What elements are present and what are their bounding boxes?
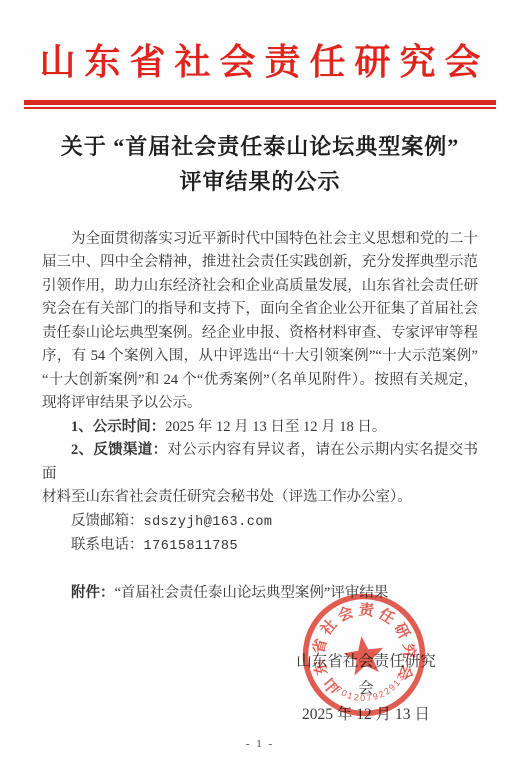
attachment-label: 附件：: [71, 585, 115, 601]
notice-period-label: 1、公示时间：: [71, 419, 165, 435]
feedback-channel-line1: 2、反馈渠道：对公示内容有异议者，请在公示期内实名提交书面: [42, 439, 478, 486]
feedback-channel-line2: 材料至山东省社会责任研究会秘书处（评选工作办公室）。: [42, 486, 478, 510]
contact-phone-line: 联系电话：17615811785: [42, 534, 478, 559]
notice-period-text: 2025 年 12 月 13 日至 12 月 18 日。: [165, 419, 386, 435]
feedback-email-value: sdszyjh@163.com: [144, 515, 273, 530]
paragraph-line: 责任泰山论坛典型案例。经企业申报、资格材料审查、专家评审等程: [42, 322, 478, 346]
paragraph-line: 序，有 54 个案例入围，从中评选出“十大引领案例”“十大示范案例”: [42, 345, 478, 369]
feedback-email-line: 反馈邮箱：sdszyjh@163.com: [42, 510, 478, 535]
paragraph-line: 为全面贯彻落实习近平新时代中国特色社会主义思想和党的二十: [42, 228, 478, 252]
feedback-email-label: 反馈邮箱：: [71, 513, 144, 529]
feedback-channel-label: 2、反馈渠道：: [71, 442, 167, 458]
paragraph-line: 究会在有关部门的指导和支持下，面向全省企业公开征集了首届社会: [42, 298, 478, 322]
header-divider-thin-line: [24, 107, 496, 109]
notice-period-item: 1、公示时间：2025 年 12 月 13 日至 12 月 18 日。: [42, 416, 478, 440]
contact-phone-label: 联系电话：: [71, 537, 144, 553]
document-body: 为全面贯彻落实习近平新时代中国特色社会主义思想和党的二十届三中、四中全会精神，推…: [42, 228, 478, 606]
contact-phone-value: 17615811785: [144, 539, 239, 554]
seal-star-icon: [342, 633, 387, 676]
paragraph-line: 现将评审结果予以公示。: [42, 392, 478, 416]
header-divider-thick-line: [24, 100, 496, 105]
seal-graphic: 山东省社会责任研究会 3701207922913: [285, 576, 443, 734]
header-divider: [24, 100, 496, 109]
document-page: 山东省社会责任研究会 关于 “首届社会责任泰山论坛典型案例” 评审结果的公示 为…: [0, 0, 520, 767]
document-title-line2: 评审结果的公示: [0, 164, 520, 199]
paragraph-line: “十大创新案例”和 24 个“优秀案例”（名单见附件）。按照有关规定，: [42, 369, 478, 393]
paragraph-line: 引领作用，助力山东经济社会和企业高质量发展，山东省社会责任研: [42, 275, 478, 299]
intro-paragraph: 为全面贯彻落实习近平新时代中国特色社会主义思想和党的二十届三中、四中全会精神，推…: [42, 228, 478, 416]
page-number: - 1 -: [0, 738, 520, 750]
org-header-title: 山东省社会责任研究会: [0, 0, 520, 83]
document-title-line1: 关于 “首届社会责任泰山论坛典型案例”: [0, 129, 520, 164]
document-title: 关于 “首届社会责任泰山论坛典型案例” 评审结果的公示: [0, 129, 520, 199]
paragraph-line: 届三中、四中全会精神，推进社会责任实践创新，充分发挥典型示范: [42, 251, 478, 275]
official-seal-stamp: 山东省社会责任研究会 3701207922913: [285, 576, 443, 734]
